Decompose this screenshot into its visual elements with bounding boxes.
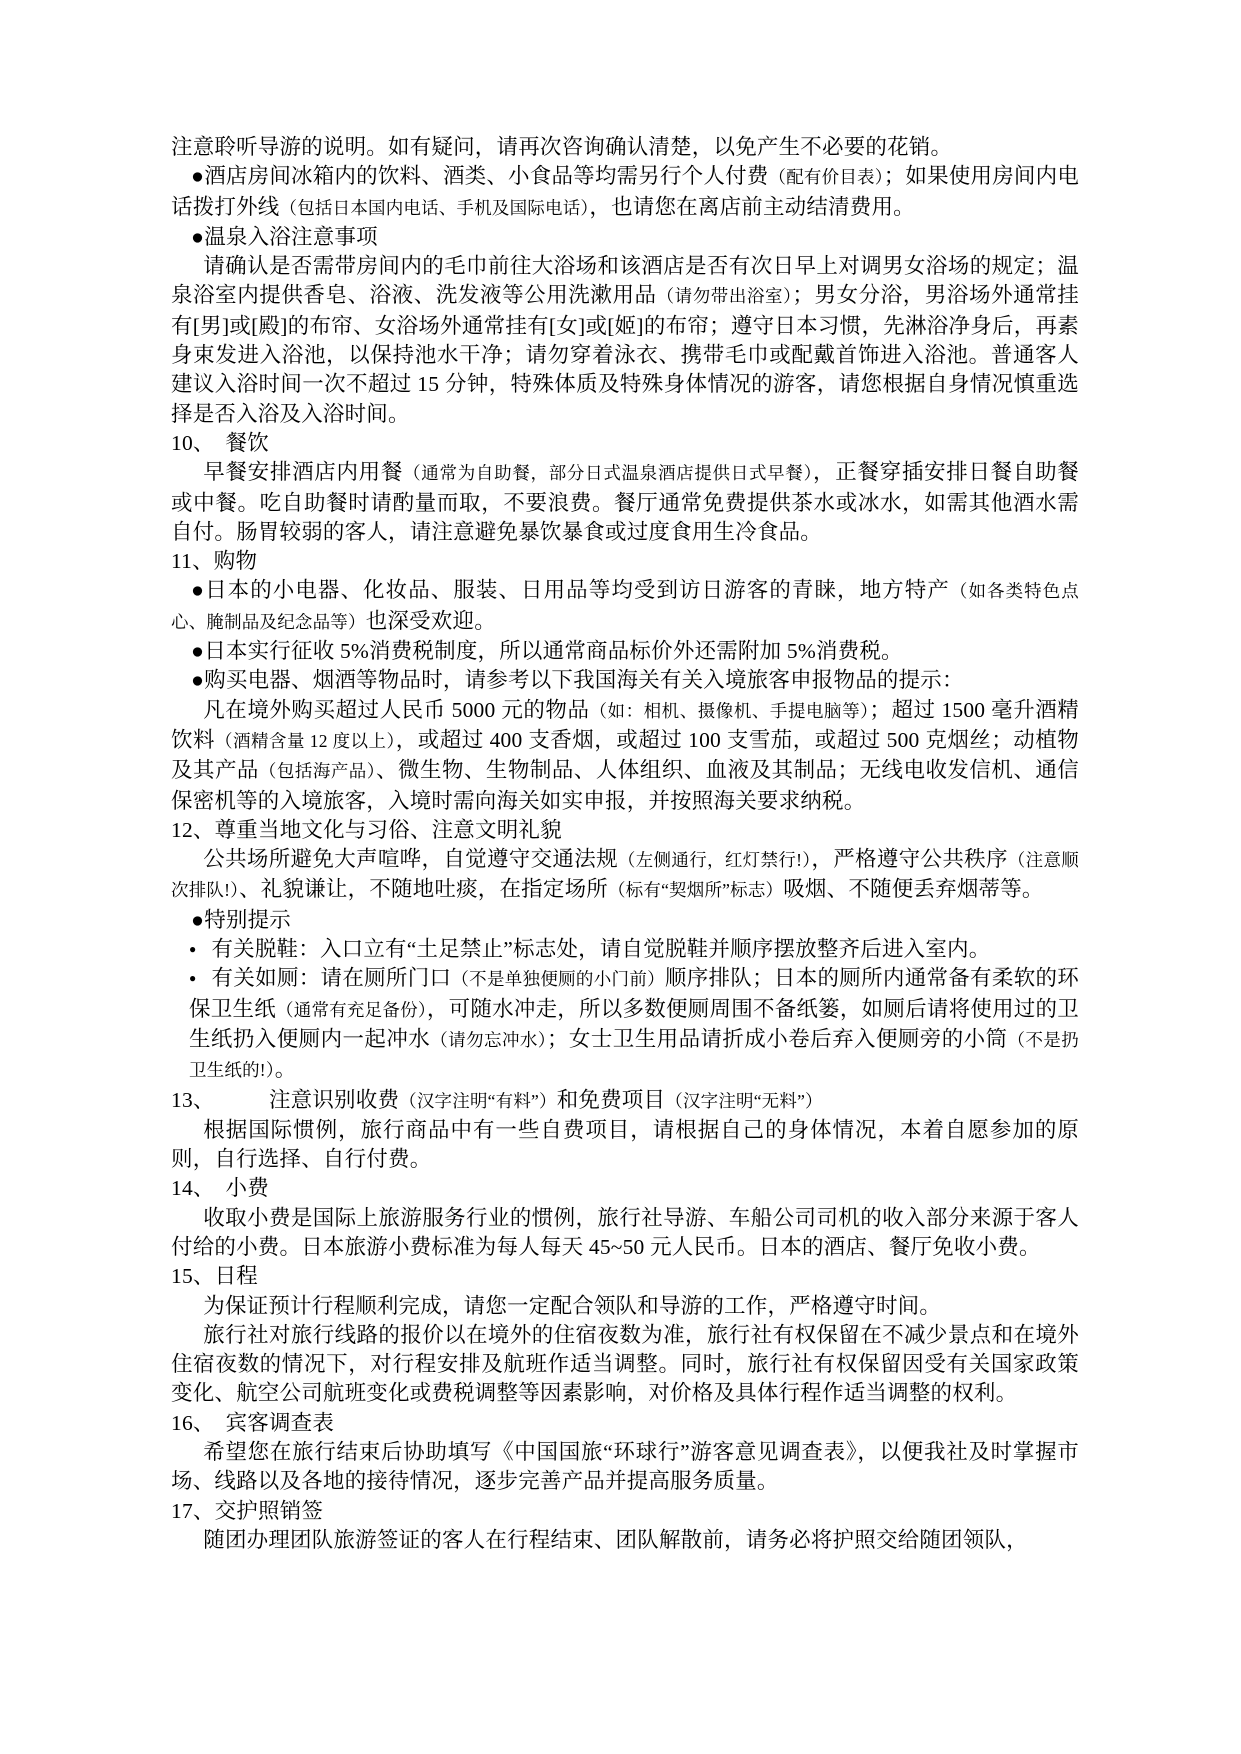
bullet-icon: ● [191, 578, 205, 602]
text-run: （如：相机、摄像机、手提电脑等） [590, 701, 870, 721]
paragraph: 收取小费是国际上旅游服务行业的惯例，旅行社导游、车船公司司机的收入部分来源于客人… [171, 1204, 1079, 1263]
text-run: 为保证预计行程顺利完成，请您一定配合领队和导游的工作，严格遵守时间。 [203, 1294, 941, 1318]
section-heading: 15、日程 [171, 1262, 1079, 1291]
text-run: （汉字注明“无料”） [665, 1091, 823, 1111]
bullet-icon: ● [191, 164, 204, 188]
text-run: （包括日本国内电话、手机及国际电话） [280, 198, 590, 218]
section-heading: 14、 小费 [171, 1174, 1079, 1203]
text-run: 日本的小电器、化妆品、服装、日用品等均受到访日游客的青睐，地方特产 [205, 578, 950, 602]
text-run: （酒精含量 12 度以上） [215, 731, 396, 751]
text-run: 、礼貌谦让，不随地吐痰，在指定场所 [239, 877, 608, 901]
paragraph: 早餐安排酒店内用餐（通常为自助餐，部分日式温泉酒店提供日式早餐），正餐穿插安排日… [171, 458, 1079, 547]
document-body: 注意聆听导游的说明。如有疑问，请再次咨询确认清楚，以免产生不必要的花销。●酒店房… [171, 133, 1079, 1555]
text-run: 17、交护照销签 [171, 1499, 323, 1523]
paragraph: 请确认是否需带房间内的毛巾前往大浴场和该酒店是否有次日早上对调男女浴场的规定；温… [171, 252, 1079, 429]
text-run: ，严格遵守公共秩序 [811, 847, 1007, 871]
text-run: 特别提示 [204, 908, 291, 932]
bullet-icon: ● [189, 942, 196, 956]
text-run: （通常有充足备份） [276, 1000, 427, 1020]
text-run: 13、 注意识别收费 [171, 1088, 399, 1112]
bullet-icon: ● [189, 971, 197, 985]
text-run: （汉字注明“有料”） [399, 1091, 557, 1111]
paragraph: ●温泉入浴注意事项 [171, 223, 1079, 252]
text-run: 有关脱鞋：入口立有“土足禁止”标志处，请自觉脱鞋并顺序摆放整齐后进入室内。 [211, 937, 990, 961]
paragraph: ●特别提示 [171, 906, 1079, 935]
text-run: 早餐安排酒店内用餐 [203, 460, 403, 484]
text-run: 12、尊重当地文化与习俗、注意文明礼貌 [171, 818, 562, 842]
document-page: 注意聆听导游的说明。如有疑问，请再次咨询确认清楚，以免产生不必要的花销。●酒店房… [0, 0, 1241, 1754]
text-run: 也深受欢迎。 [366, 609, 496, 633]
section-heading: 11、购物 [171, 547, 1079, 576]
bullet-icon: ● [191, 908, 204, 932]
paragraph: 公共场所避免大声喧哗，自觉遵守交通法规（左侧通行，红灯禁行!），严格遵守公共秩序… [171, 845, 1079, 906]
paragraph: ●有关脱鞋：入口立有“土足禁止”标志处，请自觉脱鞋并顺序摆放整齐后进入室内。 [189, 935, 1079, 964]
text-run: （包括海产品） [259, 761, 376, 781]
bullet-icon: ● [191, 639, 204, 663]
paragraph: 凡在境外购买超过人民币 5000 元的物品（如：相机、摄像机、手提电脑等）；超过… [171, 696, 1079, 816]
text-run: 根据国际惯例，旅行商品中有一些自费项目，请根据自己的身体情况，本着自愿参加的原则… [171, 1118, 1079, 1171]
text-run: （标有“契烟所”标志） [608, 880, 783, 900]
paragraph: 根据国际惯例，旅行商品中有一些自费项目，请根据自己的身体情况，本着自愿参加的原则… [171, 1116, 1079, 1175]
paragraph: ●日本的小电器、化妆品、服装、日用品等均受到访日游客的青睐，地方特产（如各类特色… [171, 576, 1079, 637]
paragraph: ●日本实行征收 5%消费税制度，所以通常商品标价外还需附加 5%消费税。 [171, 637, 1079, 666]
text-run: 酒店房间冰箱内的饮料、酒类、小食品等均需另行个人付费 [204, 164, 768, 188]
text-run: 收取小费是国际上旅游服务行业的惯例，旅行社导游、车船公司司机的收入部分来源于客人… [171, 1206, 1079, 1259]
text-run: （通常为自助餐，部分日式温泉酒店提供日式早餐） [403, 463, 813, 483]
text-run: 公共场所避免大声喧哗，自觉遵守交通法规 [203, 847, 618, 871]
bullet-icon: ● [191, 225, 204, 249]
text-run: （请勿带出浴室） [657, 286, 793, 306]
text-run: 和免费项目 [557, 1088, 666, 1112]
section-heading: 16、 宾客调查表 [171, 1409, 1079, 1438]
text-run: 10、 餐饮 [171, 431, 269, 455]
text-run: （配有价目表） [769, 167, 884, 187]
text-run: ，也请您在离店前主动结清费用。 [589, 195, 915, 219]
paragraph: ●有关如厕：请在厕所门口（不是单独便厕的小门前）顺序排队；日本的厕所内通常备有柔… [189, 964, 1079, 1085]
paragraph: 为保证预计行程顺利完成，请您一定配合领队和导游的工作，严格遵守时间。 [171, 1292, 1079, 1321]
text-run: 日本实行征收 5%消费税制度，所以通常商品标价外还需附加 5%消费税。 [204, 639, 903, 663]
text-run: 希望您在旅行结束后协助填写《中国国旅“环球行”游客意见调查表》，以便我社及时掌握… [171, 1440, 1079, 1493]
text-run: 。 [275, 1057, 297, 1081]
section-heading: 10、 餐饮 [171, 429, 1079, 458]
text-run: 15、日程 [171, 1264, 258, 1288]
text-run: 温泉入浴注意事项 [204, 225, 378, 249]
bullet-icon: ● [191, 668, 204, 692]
text-run: ；女士卫生用品请折成小卷后弃入便厕旁的小筒 [547, 1027, 1008, 1051]
text-run: （请勿忘冲水） [430, 1030, 547, 1050]
text-run: （不是单独便厕的小门前） [451, 969, 665, 989]
text-run: 有关如厕：请在厕所门口 [212, 966, 452, 990]
paragraph: ●酒店房间冰箱内的饮料、酒类、小食品等均需另行个人付费（配有价目表）；如果使用房… [171, 162, 1079, 223]
text-run: 注意聆听导游的说明。如有疑问，请再次咨询确认清楚，以免产生不必要的花销。 [171, 135, 952, 159]
text-run: 凡在境外购买超过人民币 5000 元的物品 [203, 698, 589, 722]
text-run: 旅行社对旅行线路的报价以在境外的住宿夜数为准，旅行社有权保留在不减少景点和在境外… [171, 1323, 1079, 1406]
paragraph: 随团办理团队旅游签证的客人在行程结束、团队解散前，请务必将护照交给随团领队， [171, 1526, 1079, 1555]
text-run: 11、购物 [171, 549, 257, 573]
text-run: 14、 小费 [171, 1176, 269, 1200]
section-heading: 17、交护照销签 [171, 1497, 1079, 1526]
paragraph: 希望您在旅行结束后协助填写《中国国旅“环球行”游客意见调查表》，以便我社及时掌握… [171, 1438, 1079, 1497]
paragraph: 旅行社对旅行线路的报价以在境外的住宿夜数为准，旅行社有权保留在不减少景点和在境外… [171, 1321, 1079, 1409]
section-heading: 13、 注意识别收费（汉字注明“有料”）和免费项目（汉字注明“无料”） [171, 1086, 1079, 1116]
paragraph: 注意聆听导游的说明。如有疑问，请再次咨询确认清楚，以免产生不必要的花销。 [171, 133, 1079, 162]
section-heading: 12、尊重当地文化与习俗、注意文明礼貌 [171, 816, 1079, 845]
paragraph: ●购买电器、烟酒等物品时，请参考以下我国海关有关入境旅客申报物品的提示： [171, 666, 1079, 695]
text-run: （左侧通行，红灯禁行!） [618, 850, 811, 870]
text-run: 吸烟、不随便丢弃烟蒂等。 [783, 877, 1043, 901]
text-run: 购买电器、烟酒等物品时，请参考以下我国海关有关入境旅客申报物品的提示： [204, 668, 964, 692]
text-run: 16、 宾客调查表 [171, 1411, 334, 1435]
text-run: 随团办理团队旅游签证的客人在行程结束、团队解散前，请务必将护照交给随团领队， [203, 1528, 1028, 1552]
